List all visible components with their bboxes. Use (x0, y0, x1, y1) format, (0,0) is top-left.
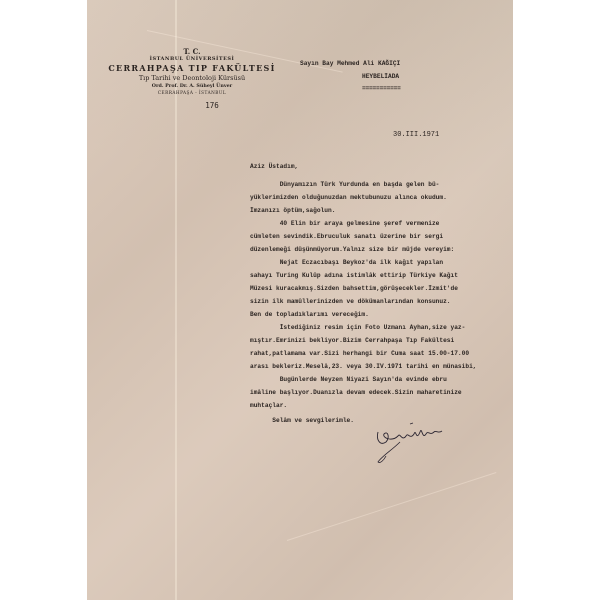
body-line: sizin ilk mamûllerinizden ve dökümanları… (250, 298, 451, 305)
letterhead-university: İSTANBUL ÜNİVERSİTESİ (87, 56, 297, 62)
letterhead-faculty: CERRAHPAŞA TIP FAKÜLTESİ (87, 63, 297, 73)
body-line: Ben de topladıklarımı vereceğim. (250, 311, 369, 318)
letterhead-professor: Ord. Prof. Dr. A. Süheyl Ünver (87, 83, 297, 89)
paper-crease (287, 472, 497, 541)
recipient-name: Sayın Bay Mehmed Ali KAĞIÇI (300, 60, 400, 67)
reference-number: 176 (197, 101, 227, 110)
body-line: 40 Elin bir araya gelmesine şeref vermen… (250, 220, 439, 227)
signature-icon (370, 420, 450, 465)
body-line: Dünyamızın Türk Yurdunda en başda gelen … (250, 181, 439, 188)
body-line: Müzesi kuracakmış.Sizden bahsettim,görüş… (250, 285, 458, 292)
greeting: Aziz Üstadım, (250, 163, 298, 170)
body-line: İmzanızı öptüm,sağolun. (250, 207, 335, 214)
body-line: mıştır.Emrinizi bekliyor.Bizim Cerrahpaş… (250, 337, 454, 344)
body-line: rahat,patlamama var.Sizi herhangi bir Cu… (250, 350, 469, 357)
body-line: arası bekleriz.Meselâ,23. veya 30.IV.197… (250, 363, 477, 370)
recipient-place: HEYBELİADA (362, 73, 399, 80)
body-line: düzenlemeği düşünmüyorum.Yalnız size bir… (250, 246, 454, 253)
letterhead-city: CERRAHPAŞA - İSTANBUL (87, 90, 297, 95)
body-line: muhtaçlar. (250, 402, 287, 409)
letter-date: 30.III.1971 (393, 131, 439, 139)
body-line: Nejat Eczacıbaşı Beykoz'da ilk kağıt yap… (250, 259, 443, 266)
letterhead-tc: T. C. (87, 47, 297, 56)
letterhead-department: Tıp Tarihi ve Deontoloji Kürsüsü (87, 74, 297, 82)
body-line: imâline başlıyor.Duanızla devam edecek.S… (250, 389, 462, 396)
body-line: sahayı Turing Kulüp adına istimlâk ettir… (250, 272, 458, 279)
body-line: cümleten sevindik.Ebruculuk sanatı üzeri… (250, 233, 443, 240)
body-line: Selâm ve sevgilerimle. (250, 417, 354, 424)
body-line: yüklerimizden olduğunuzdan mektubunuzu a… (250, 194, 447, 201)
recipient-underline: =========== (362, 85, 401, 92)
letter-page: T. C. İSTANBUL ÜNİVERSİTESİ CERRAHPAŞA T… (87, 0, 513, 600)
body-line: Bugünlerde Neyzen Niyazi Sayın'da evinde… (250, 376, 447, 383)
body-line: İstediğiniz resim için Foto Uzmanı Ayhan… (250, 324, 465, 331)
